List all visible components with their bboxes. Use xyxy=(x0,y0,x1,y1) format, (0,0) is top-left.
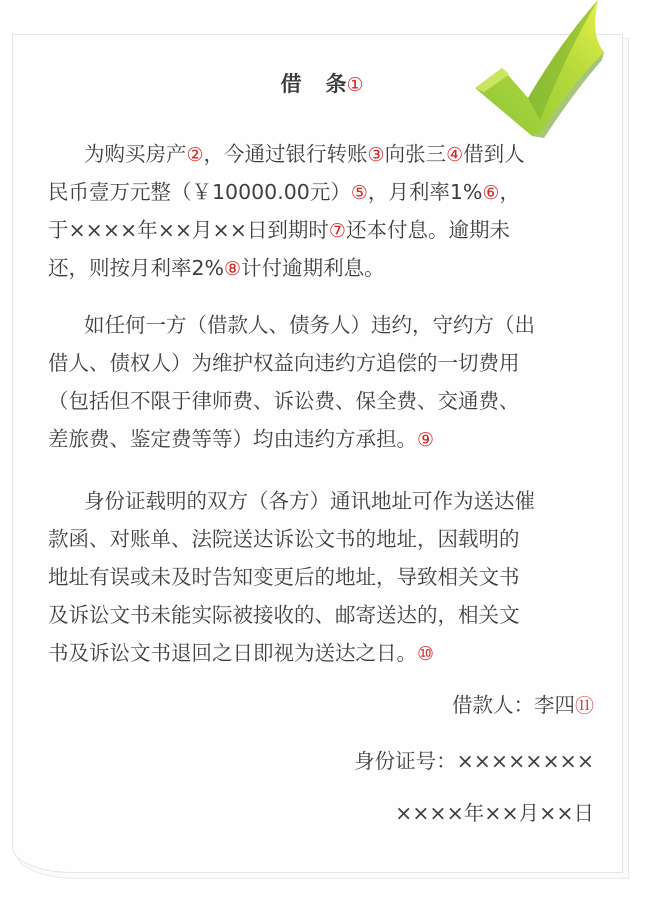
annotation-mark: ② xyxy=(187,144,204,166)
text-segment: 及诉讼文书未能实际被接收的、邮寄送达的，相关文 xyxy=(48,603,520,627)
title-char-1: 借 xyxy=(280,72,301,96)
text-line: 及诉讼文书未能实际被接收的、邮寄送达的，相关文 xyxy=(48,596,596,634)
paragraph-loan-terms: 为购买房产②，今通过银行转账③向张三④借到人民币壹万元整（￥10000.00元）… xyxy=(48,135,596,287)
annotation-mark: ⑦ xyxy=(329,220,346,242)
borrower-label: 借款人：李四 xyxy=(452,693,575,717)
iou-document-card: 借条① 为购买房产②，今通过银行转账③向张三④借到人民币壹万元整（￥10000.… xyxy=(12,34,623,873)
borrower-signature: 借款人：李四⑪ xyxy=(48,690,594,721)
text-segment: 计付逾期利息。 xyxy=(241,256,385,280)
paragraph-breach-costs: 如任何一方（借款人、债务人）违约，守约方（出借人、债权人）为维护权益向违约方追偿… xyxy=(48,306,596,458)
annotation-mark: ⑨ xyxy=(417,429,434,451)
text-segment: 差旅费、鉴定费等等）均由违约方承担。 xyxy=(48,427,417,451)
text-line: 书及诉讼文书退回之日即视为送达之日。⑩ xyxy=(48,634,596,672)
annotation-mark-11: ⑪ xyxy=(575,695,594,717)
text-line: 借人、债权人）为维护权益向违约方追偿的一切费用 xyxy=(48,344,596,382)
annotation-mark: ⑩ xyxy=(417,643,434,665)
text-segment: 地址有误或未及时告知变更后的地址，导致相关文书 xyxy=(48,565,520,589)
text-segment: 款函、对账单、法院送达诉讼文书的地址，因载明的 xyxy=(48,527,520,551)
text-segment: 向张三 xyxy=(385,142,447,166)
text-line: 为购买房产②，今通过银行转账③向张三④借到人 xyxy=(48,135,596,173)
annotation-mark-1: ① xyxy=(346,74,363,96)
text-segment: 民币壹万元整（￥10000.00元） xyxy=(48,180,351,204)
text-segment: 还，则按月利率2% xyxy=(48,256,224,280)
text-line: 差旅费、鉴定费等等）均由违约方承担。⑨ xyxy=(48,420,596,458)
text-segment: 身份证载明的双方（各方）通讯地址可作为送达催 xyxy=(84,489,535,513)
green-checkmark-icon xyxy=(470,0,610,140)
text-segment: 如任何一方（借款人、债务人）违约，守约方（出 xyxy=(84,313,535,337)
text-segment: ， xyxy=(499,180,520,204)
text-segment: 为购买房产 xyxy=(84,142,187,166)
text-segment: 借人、债权人）为维护权益向违约方追偿的一切费用 xyxy=(48,351,520,375)
text-segment: 还本付息。逾期未 xyxy=(346,218,510,242)
text-line: （包括但不限于律师费、诉讼费、保全费、交通费、 xyxy=(48,382,596,420)
id-number-line: 身份证号：×××××××× xyxy=(48,746,594,776)
title-char-2: 条 xyxy=(325,72,346,96)
annotation-mark: ④ xyxy=(446,144,463,166)
annotation-mark: ⑥ xyxy=(482,182,499,204)
text-line: 于××××年××月××日到期时⑦还本付息。逾期未 xyxy=(48,211,596,249)
annotation-mark: ⑤ xyxy=(351,182,368,204)
text-segment: 书及诉讼文书退回之日即视为送达之日。 xyxy=(48,641,417,665)
text-line: 款函、对账单、法院送达诉讼文书的地址，因载明的 xyxy=(48,520,596,558)
date-line: ××××年××月××日 xyxy=(48,798,594,828)
text-line: 民币壹万元整（￥10000.00元）⑤，月利率1%⑥， xyxy=(48,173,596,211)
text-segment: （包括但不限于律师费、诉讼费、保全费、交通费、 xyxy=(48,389,520,413)
text-line: 地址有误或未及时告知变更后的地址，导致相关文书 xyxy=(48,558,596,596)
annotation-mark: ⑧ xyxy=(224,258,241,280)
text-line: 身份证载明的双方（各方）通讯地址可作为送达催 xyxy=(48,482,596,520)
text-segment: ，今通过银行转账 xyxy=(204,142,368,166)
annotation-mark: ③ xyxy=(368,144,385,166)
text-line: 还，则按月利率2%⑧计付逾期利息。 xyxy=(48,249,596,287)
paragraph-service-address: 身份证载明的双方（各方）通讯地址可作为送达催款函、对账单、法院送达诉讼文书的地址… xyxy=(48,482,596,672)
text-segment: 于××××年××月××日到期时 xyxy=(48,218,329,242)
text-segment: ，月利率1% xyxy=(368,180,483,204)
text-line: 如任何一方（借款人、债务人）违约，守约方（出 xyxy=(48,306,596,344)
text-segment: 借到人 xyxy=(463,142,525,166)
